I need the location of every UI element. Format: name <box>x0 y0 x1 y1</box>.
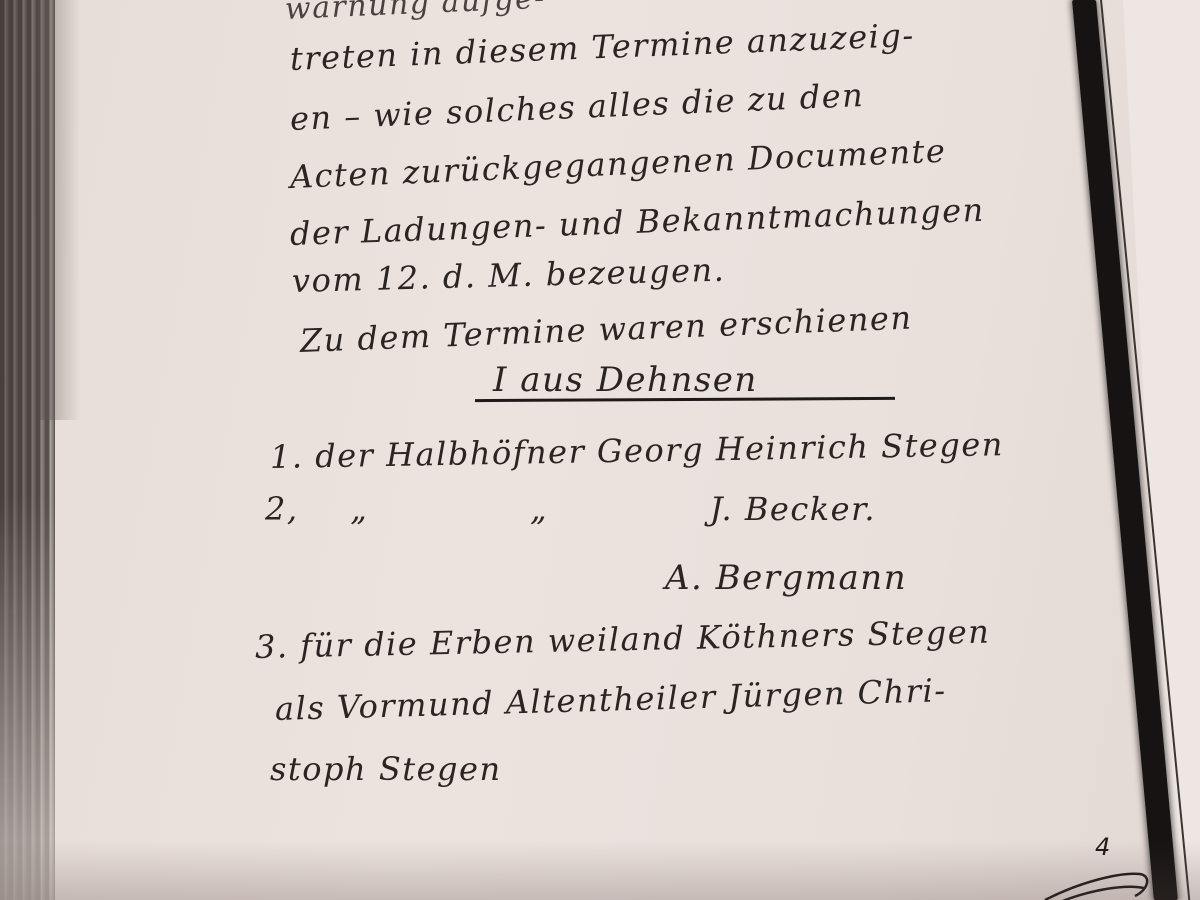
entry-number: 1. <box>270 437 304 476</box>
entry-text: J. Becker. <box>710 490 876 528</box>
ditto-mark: „ <box>530 490 548 528</box>
entry-2: 2, „ „ J. Becker. <box>265 490 876 528</box>
entry-number: 2, <box>265 490 299 528</box>
entry-2b: A. Bergmann <box>665 558 907 598</box>
entry-3-line-3: stoph Stegen <box>270 750 502 788</box>
bottom-shadow <box>0 840 1200 900</box>
left-edge-fade <box>40 0 80 420</box>
entry-number: 3. <box>255 627 289 666</box>
section-heading: I aus Dehnsen <box>493 360 758 400</box>
ditto-mark: „ <box>350 490 368 528</box>
